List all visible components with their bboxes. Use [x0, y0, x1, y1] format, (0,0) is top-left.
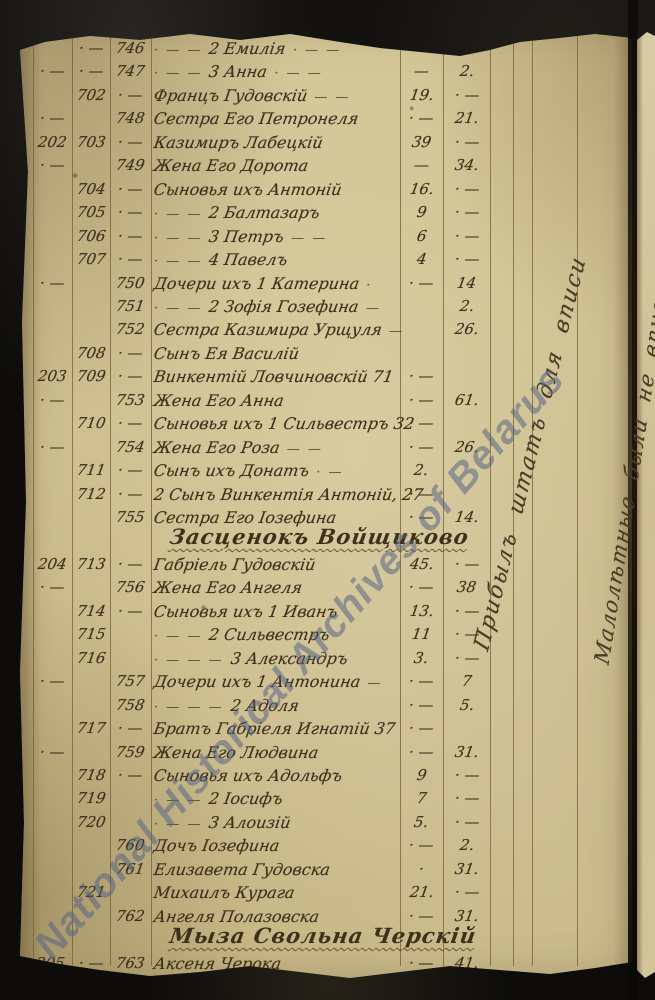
handwritten-number: 7 — [415, 789, 427, 807]
male-age-cell: — — [401, 62, 442, 80]
filler-dashes: · — — — [293, 43, 341, 58]
female-age-cell: · — — [444, 180, 490, 198]
person-name: 3 Петръ — [208, 227, 286, 246]
table-row: · —746· —6.· — —2 Емилія· — — — [20, 38, 632, 61]
male-serial-cell: · — — [72, 954, 110, 972]
handwritten-number: 26. — [454, 320, 481, 338]
male-age-cell: · — — [401, 907, 442, 925]
handwritten-number: 717 — [75, 719, 106, 737]
person-name: Сыновья ихъ Антоній — [152, 180, 343, 199]
male-serial-cell: 717 — [72, 719, 110, 737]
male-age-cell: 5. — [401, 813, 442, 831]
handwritten-number: 11 — [411, 625, 433, 643]
female-serial-cell: 748 — [110, 109, 151, 127]
table-row: 205.· —763· —41.Аксеня Черока — [20, 953, 632, 976]
handwritten-number: 719 — [75, 789, 106, 807]
male-age-cell: · — [401, 860, 442, 878]
handwritten-number: 5. — [458, 696, 475, 714]
handwritten-number: · — — [408, 836, 435, 854]
person-name: Винкентій Ловчиновскій 71 — [152, 367, 394, 386]
table-row: 202703· —39· —Казимиръ Лабецкій — [20, 132, 632, 155]
name-cell: 2 Сынъ Винкентія Антоній, 27 — [154, 485, 402, 504]
household-number-cell: 202 — [33, 133, 72, 151]
female-serial-cell: 762 — [110, 907, 151, 925]
person-name: Жена Его Ангеля — [152, 578, 303, 597]
handwritten-number: · — — [39, 578, 66, 596]
male-age-cell: 6 — [401, 227, 442, 245]
table-row: · —· —747—2.· — —3 Анна· — — — [20, 61, 632, 84]
handwritten-number: · — — [39, 156, 66, 174]
person-name: 2 Емилія — [208, 39, 287, 58]
female-serial-cell: 763 — [110, 954, 151, 972]
male-age-cell: · — — [401, 391, 442, 409]
handwritten-number: — — [413, 156, 431, 174]
table-row: 7205.· —· — —3 Алоизій — [20, 812, 632, 835]
handwritten-number: · — — [453, 649, 480, 667]
handwritten-number: 9 — [415, 766, 427, 784]
person-name: 4 Павелъ — [208, 250, 289, 269]
female-serial-cell: 752 — [110, 320, 151, 338]
handwritten-number: · — — [408, 719, 435, 737]
handwritten-number: 748 — [115, 109, 146, 127]
male-age-cell: 39 — [401, 133, 442, 151]
handwritten-number: · — — [408, 954, 435, 972]
female-age-cell: 5. — [444, 696, 490, 714]
name-cell: Сестра Казимира Урщуля— — [154, 320, 402, 339]
female-serial-cell: · — — [110, 602, 151, 620]
female-age-cell: 7 — [444, 672, 490, 690]
female-age-cell: · — — [444, 813, 490, 831]
household-number-cell: · — — [33, 156, 72, 174]
name-cell: Казимиръ Лабецкій — [154, 133, 402, 152]
ditto-dashes: · — — — — [154, 653, 224, 668]
male-serial-cell: 716 — [72, 649, 110, 667]
female-age-cell: · — — [444, 133, 490, 151]
handwritten-number: 41. — [454, 954, 481, 972]
ditto-dashes: · — — — [154, 207, 202, 222]
male-age-cell: 9 — [401, 203, 442, 221]
female-serial-cell: · — — [110, 485, 151, 503]
female-age-cell: · — — [444, 789, 490, 807]
male-age-cell: 9 — [401, 766, 442, 784]
male-serial-cell: 713 — [72, 555, 110, 573]
person-name: Казимиръ Лабецкій — [152, 133, 324, 152]
female-age-cell: · — — [444, 227, 490, 245]
archive-scan: · —746· —6.· — —2 Емилія· — —· —· —747—2… — [0, 0, 655, 1000]
handwritten-number: 720 — [75, 813, 106, 831]
handwritten-number: · — — [117, 133, 144, 151]
name-cell: · — —2 Емилія· — — — [154, 39, 402, 58]
filler-dashes: — — [389, 324, 404, 339]
male-age-cell: 4 — [401, 250, 442, 268]
name-cell: Аксеня Черока — [154, 954, 402, 973]
handwritten-number: · — — [453, 789, 480, 807]
name-cell: · — —2 Сильвестръ — [154, 625, 402, 644]
ditto-dashes: · — — — [154, 66, 202, 81]
male-age-cell: 11 — [401, 625, 442, 643]
male-age-cell: · — — [401, 39, 442, 57]
table-row: 706· —6· —· — —3 Петръ— — — [20, 226, 632, 249]
handwritten-number: 702 — [75, 86, 106, 104]
handwritten-number: 762 — [115, 907, 146, 925]
table-row: 705· —9· —· — —2 Балтазаръ — [20, 202, 632, 225]
handwritten-number: 713 — [75, 555, 106, 573]
ditto-dashes: · — — — [154, 231, 202, 246]
handwritten-number: 757 — [115, 672, 146, 690]
table-row: 204713· —45.· —Габріель Гудовскій — [20, 554, 632, 577]
handwritten-number: · — [418, 860, 426, 878]
name-cell: Сынъ ихъ Донатъ· — — [154, 461, 402, 480]
handwritten-number: · — — [453, 227, 480, 245]
section-header-row: Мыза Свольна Черскій — [20, 929, 632, 952]
handwritten-number: · — — [39, 391, 66, 409]
handwritten-number: · — — [453, 555, 480, 573]
name-cell: · — —4 Павелъ — [154, 250, 402, 269]
person-name: 2 Балтазаръ — [208, 203, 322, 222]
handwritten-number: 13. — [408, 602, 435, 620]
male-serial-cell: 712 — [72, 485, 110, 503]
handwritten-number: · — — [117, 414, 144, 432]
handwritten-number: 2. — [413, 461, 430, 479]
handwritten-number: · — — [117, 485, 144, 503]
handwritten-number: 707 — [75, 250, 106, 268]
person-name: 3 Алоизій — [208, 813, 293, 832]
handwritten-number: 751 — [115, 297, 146, 315]
handwritten-number: 756 — [115, 578, 146, 596]
handwritten-number: · — — [408, 672, 435, 690]
table-row: · —748· —21.Сестра Его Петронеля — [20, 108, 632, 131]
female-serial-cell: · — — [110, 461, 151, 479]
household-number-cell: · — — [33, 109, 72, 127]
handwritten-number: · — — [117, 719, 144, 737]
name-cell: · — —3 Анна· — — — [154, 62, 402, 81]
filler-dashes: — — — [287, 442, 323, 457]
handwritten-number: 3. — [413, 649, 430, 667]
household-number-cell: · — — [33, 578, 72, 596]
female-serial-cell: 757 — [110, 672, 151, 690]
handwritten-number: 39 — [411, 133, 433, 151]
person-name: Михаилъ Курага — [152, 883, 296, 902]
handwritten-number: · — — [117, 555, 144, 573]
handwritten-number: 705 — [75, 203, 106, 221]
person-name: Жена Его Дорота — [152, 156, 309, 175]
male-serial-cell: 707 — [72, 250, 110, 268]
adjacent-page-edge — [637, 26, 655, 984]
female-serial-cell: 747 — [110, 62, 151, 80]
person-name: Сестра Казимира Урщуля — [152, 320, 383, 339]
handwritten-number: 715 — [75, 625, 106, 643]
table-row: 717· —· —Братъ Габріеля Игнатій 37 — [20, 718, 632, 741]
person-name: Жена Его Анна — [152, 391, 285, 410]
male-age-cell: · — — [401, 696, 442, 714]
male-age-cell: 13. — [401, 602, 442, 620]
handwritten-number: · — — [408, 907, 435, 925]
male-age-cell: — — [401, 156, 442, 174]
ditto-dashes: · — — — — [154, 700, 224, 715]
male-serial-cell: 715 — [72, 625, 110, 643]
handwritten-number: 19. — [408, 86, 435, 104]
handwritten-number: 38 — [456, 578, 478, 596]
handwritten-number: 763 — [115, 954, 146, 972]
male-serial-cell: · — — [72, 62, 110, 80]
person-name: Францъ Гудовскій — [152, 86, 308, 105]
handwritten-number: 203 — [37, 367, 68, 385]
handwritten-number: · — — [117, 180, 144, 198]
handwritten-number: 31. — [454, 860, 481, 878]
handwritten-number: · — — [408, 391, 435, 409]
handwritten-number: · — — [39, 672, 66, 690]
handwritten-number: · — — [453, 813, 480, 831]
household-number-cell: · — — [33, 274, 72, 292]
handwritten-number: 31. — [454, 743, 481, 761]
female-age-cell: 2. — [444, 836, 490, 854]
male-age-cell: 19. — [401, 86, 442, 104]
male-serial-cell: 718 — [72, 766, 110, 784]
handwritten-number: · — — [39, 438, 66, 456]
male-serial-cell: · — — [72, 39, 110, 57]
person-name: 3 Анна — [208, 62, 269, 81]
female-serial-cell: 755 — [110, 508, 151, 526]
ditto-dashes: · — — — [154, 43, 202, 58]
handwritten-number: · — — [117, 602, 144, 620]
filler-dashes: — — [366, 301, 381, 316]
name-cell: Жена Его Анна — [154, 391, 402, 410]
female-serial-cell: · — — [110, 367, 151, 385]
person-name: Аксеня Черока — [152, 954, 282, 973]
female-age-cell: · — — [444, 555, 490, 573]
male-serial-cell: 702 — [72, 86, 110, 104]
handwritten-number: 61. — [454, 391, 481, 409]
section-header-row: Засценокъ Войщиково — [20, 530, 632, 553]
handwritten-number: · — — [117, 250, 144, 268]
female-age-cell: 21. — [444, 109, 490, 127]
female-serial-cell: · — — [110, 719, 151, 737]
handwritten-number: 718 — [75, 766, 106, 784]
female-age-cell: 34. — [444, 156, 490, 174]
male-serial-cell: 719 — [72, 789, 110, 807]
name-cell: Жена Его Роза— — — [154, 438, 402, 457]
female-age-cell: 14 — [444, 274, 490, 292]
handwritten-number: · — — [117, 344, 144, 362]
handwritten-number: 2. — [458, 836, 475, 854]
handwritten-number: 6. — [458, 39, 475, 57]
female-serial-cell: 756 — [110, 578, 151, 596]
filler-dashes: — — [367, 676, 382, 691]
female-serial-cell: 754 — [110, 438, 151, 456]
name-cell: Сестра Его Петронеля — [154, 109, 402, 128]
female-serial-cell: · — — [110, 133, 151, 151]
household-number-cell: 203 — [33, 367, 72, 385]
handwritten-number: 14 — [456, 274, 478, 292]
handwritten-number: 746 — [115, 39, 146, 57]
handwritten-number: · — — [117, 86, 144, 104]
female-age-cell: 31. — [444, 907, 490, 925]
handwritten-number: 703 — [75, 133, 106, 151]
male-age-cell: · — — [401, 954, 442, 972]
female-serial-cell: 750 — [110, 274, 151, 292]
female-age-cell: · — — [444, 203, 490, 221]
person-name: Сестра Его Петронеля — [152, 109, 359, 128]
female-serial-cell: · — — [110, 227, 151, 245]
female-age-cell: · — — [444, 883, 490, 901]
handwritten-number: 4 — [415, 250, 427, 268]
male-serial-cell: 709 — [72, 367, 110, 385]
handwritten-number: 753 — [115, 391, 146, 409]
handwritten-number: 706 — [75, 227, 106, 245]
handwritten-number: · — — [77, 39, 104, 57]
male-age-cell: · — — [401, 719, 442, 737]
handwritten-number: · — — [408, 578, 435, 596]
name-cell: Дочери ихъ 1 Катерина· — [154, 274, 402, 293]
handwritten-number: · — — [117, 461, 144, 479]
male-age-cell: · — — [401, 578, 442, 596]
table-row: 704· —16.· —Сыновья ихъ Антоній — [20, 179, 632, 202]
female-serial-cell: · — — [110, 766, 151, 784]
handwritten-number: · — — [408, 274, 435, 292]
female-serial-cell: · — — [110, 250, 151, 268]
male-serial-cell: 720 — [72, 813, 110, 831]
handwritten-number: 712 — [75, 485, 106, 503]
name-cell: Сыновья ихъ 1 Сильвестръ 32 — [154, 414, 402, 433]
handwritten-number: · — — [77, 62, 104, 80]
name-cell: Францъ Гудовскій— — — [154, 86, 402, 105]
ditto-dashes: · — — — [154, 629, 202, 644]
female-serial-cell: 753 — [110, 391, 151, 409]
filler-dashes: — — — [314, 90, 350, 105]
female-serial-cell: · — — [110, 414, 151, 432]
handwritten-number: 34. — [454, 156, 481, 174]
household-number-cell: · — — [33, 438, 72, 456]
female-serial-cell: 758 — [110, 696, 151, 714]
table-row: · —749—34.Жена Его Дорота — [20, 155, 632, 178]
handwritten-number: · — — [39, 109, 66, 127]
male-age-cell: · — — [401, 274, 442, 292]
male-age-cell: · — — [401, 438, 442, 456]
female-age-cell: · — — [444, 766, 490, 784]
filler-dashes: · — [366, 278, 372, 293]
person-name: 2 Іосифъ — [208, 789, 285, 808]
male-serial-cell: 704 — [72, 180, 110, 198]
female-age-cell: 31. — [444, 860, 490, 878]
person-name: 2 Зофія Гозефина — [208, 297, 361, 316]
document-page: · —746· —6.· — —2 Емилія· — —· —· —747—2… — [20, 22, 632, 982]
female-age-cell: · — — [444, 649, 490, 667]
handwritten-number: · — — [408, 367, 435, 385]
settlement-header: Мыза Свольна Черскій — [168, 923, 478, 948]
table-row: 7197· —· — —2 Іосифъ — [20, 788, 632, 811]
handwritten-number: · — — [117, 227, 144, 245]
name-cell: Братъ Габріеля Игнатій 37 — [154, 719, 402, 738]
name-cell: · — —2 Зофія Гозефина— — [154, 297, 402, 316]
handwritten-number: 711 — [75, 461, 106, 479]
name-cell: Дочъ Іозефина — [154, 836, 402, 855]
male-age-cell: · — — [401, 743, 442, 761]
table-row: 707· —4· —· — —4 Павелъ — [20, 249, 632, 272]
female-age-cell: 31. — [444, 743, 490, 761]
male-age-cell: · — — [401, 836, 442, 854]
handwritten-number: · — — [453, 180, 480, 198]
female-serial-cell: · — — [110, 180, 151, 198]
handwritten-number: · — — [117, 203, 144, 221]
table-row: 75226.Сестра Казимира Урщуля— — [20, 319, 632, 342]
handwritten-number: · — — [408, 438, 435, 456]
female-serial-cell: 759 — [110, 743, 151, 761]
male-age-cell: 3. — [401, 649, 442, 667]
revision-list-table: · —746· —6.· — —2 Емилія· — —· —· —747—2… — [20, 22, 632, 982]
handwritten-number: · — — [39, 62, 66, 80]
table-row: · —757· —7Дочери ихъ 1 Антонина— — [20, 671, 632, 694]
handwritten-number: 5. — [413, 813, 430, 831]
household-number-cell: · — — [33, 391, 72, 409]
handwritten-number: · — — [39, 743, 66, 761]
female-age-cell: 2. — [444, 297, 490, 315]
handwritten-number: · — — [408, 109, 435, 127]
person-name: Сыновья ихъ 1 Сильвестръ 32 — [152, 414, 415, 433]
name-cell: · — —3 Петръ— — — [154, 227, 402, 246]
handwritten-number: 2. — [458, 297, 475, 315]
male-serial-cell: 714 — [72, 602, 110, 620]
handwritten-number: 202 — [37, 133, 68, 151]
female-age-cell: 41. — [444, 954, 490, 972]
handwritten-number: · — — [408, 696, 435, 714]
male-serial-cell: 706 — [72, 227, 110, 245]
male-age-cell: 16. — [401, 180, 442, 198]
person-name: Сынъ ихъ Донатъ — [152, 461, 310, 480]
female-serial-cell: 749 — [110, 156, 151, 174]
handwritten-number: 16. — [408, 180, 435, 198]
male-age-cell: 7 — [401, 789, 442, 807]
male-age-cell: · — — [401, 367, 442, 385]
name-cell: Винкентій Ловчиновскій 71 — [154, 367, 402, 386]
person-name: 2 Сынъ Винкентія Антоній, 27 — [152, 485, 424, 504]
handwritten-number: · — — [117, 766, 144, 784]
handwritten-number: · — — [453, 883, 480, 901]
table-row: 712· —· —2 Сынъ Винкентія Антоній, 27 — [20, 484, 632, 507]
handwritten-number: 758 — [115, 696, 146, 714]
filler-dashes: · — — [316, 465, 343, 480]
name-cell: Михаилъ Курага — [154, 883, 402, 902]
female-serial-cell: · — — [110, 203, 151, 221]
female-serial-cell: 751 — [110, 297, 151, 315]
ditto-dashes: · — — — [154, 254, 202, 269]
handwritten-number: 9 — [415, 203, 427, 221]
handwritten-number: 708 — [75, 344, 106, 362]
handwritten-number: 204 — [37, 555, 68, 573]
handwritten-number: 714 — [75, 602, 106, 620]
ditto-dashes: · — — — [154, 301, 202, 316]
female-serial-cell: · — — [110, 344, 151, 362]
handwritten-number: · — — [408, 39, 435, 57]
handwritten-number: 31. — [454, 907, 481, 925]
male-age-cell: · — — [401, 672, 442, 690]
handwritten-number: · — — [453, 250, 480, 268]
table-row: · —750· —14Дочери ихъ 1 Катерина· — [20, 273, 632, 296]
male-serial-cell: 703 — [72, 133, 110, 151]
female-age-cell: 26. — [444, 320, 490, 338]
handwritten-number: 755 — [115, 508, 146, 526]
female-age-cell: 2. — [444, 62, 490, 80]
handwritten-number: 21. — [408, 883, 435, 901]
handwritten-number: 704 — [75, 180, 106, 198]
person-name: Габріель Гудовскій — [152, 555, 317, 574]
female-age-cell: · — — [444, 250, 490, 268]
handwritten-number: 716 — [75, 649, 106, 667]
table-row: 718· —9· —Сыновья ихъ Адольфъ — [20, 765, 632, 788]
household-number-cell: · — — [33, 62, 72, 80]
handwritten-number: · — — [408, 743, 435, 761]
person-name: Дочери ихъ 1 Катерина — [152, 274, 360, 293]
table-top-rule — [33, 33, 628, 34]
